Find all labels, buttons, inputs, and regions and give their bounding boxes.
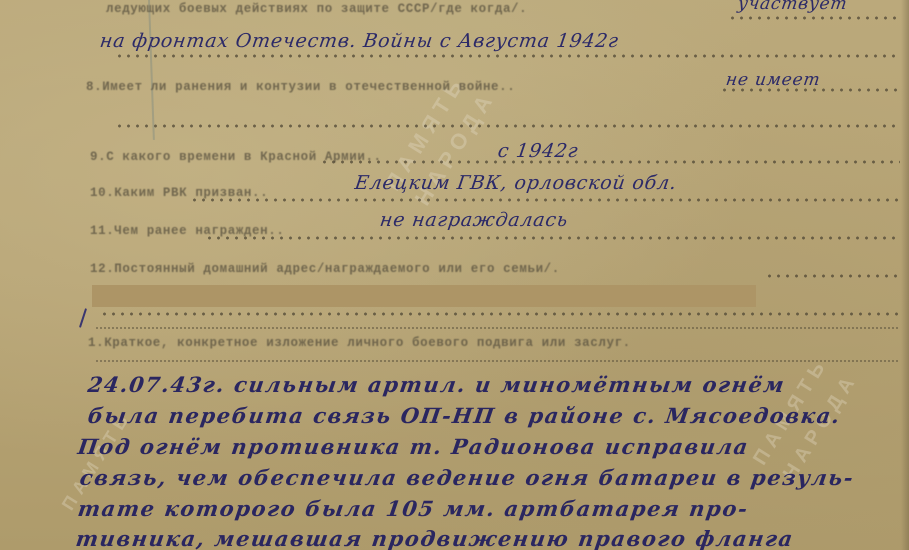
document-page: ПАМЯТЬ НАРОДА ПАМЯТЬ ПАМЯТЬ НАРОДА ледую… — [0, 0, 909, 550]
leader-dots — [115, 124, 900, 128]
leader-dots — [728, 16, 900, 20]
field-answer-battles: участвует — [737, 0, 849, 14]
field-answer-drafted-by: Елецким ГВК, орловской обл. — [353, 172, 678, 194]
ink-stroke — [79, 308, 87, 328]
paper-edge — [901, 0, 909, 550]
leader-dots — [190, 198, 900, 202]
field-label-home-address: 12.Постоянный домашний адрес/награждаемо… — [90, 262, 560, 276]
narrative-line-3: Под огнём противника т. Радионова исправ… — [76, 434, 751, 459]
field-answer-wounds: не имеет — [725, 70, 822, 90]
field-answer-battles-line2: на фронтах Отечеств. Войны с Августа 194… — [98, 30, 620, 52]
field-answer-army-since: с 1942г — [496, 140, 579, 162]
separator-rule — [95, 360, 900, 362]
narrative-line-2: была перебита связь ОП-НП в районе с. Мя… — [86, 403, 842, 428]
fold-crease — [148, 0, 155, 140]
leader-dots — [720, 88, 900, 92]
field-label-feat-description: 1.Краткое, конкретное изложение личного … — [88, 336, 631, 350]
field-label-battles: ледующих боевых действиях по защите СССР… — [106, 2, 527, 16]
narrative-line-1: 24.07.43г. сильным артил. и миномётным о… — [86, 372, 787, 397]
field-label-wounds: 8.Имеет ли ранения и контузии в отечеств… — [86, 80, 515, 94]
leader-dots — [765, 274, 900, 278]
leader-dots — [115, 54, 900, 58]
separator-rule — [95, 327, 900, 329]
leader-dots — [320, 160, 900, 164]
leader-dots — [205, 236, 900, 240]
narrative-line-5: тате которого была 105 мм. артбатарея пр… — [76, 496, 750, 521]
leader-dots — [100, 312, 900, 316]
narrative-line-4: связь, чем обеспечила ведение огня батар… — [78, 465, 856, 490]
redacted-address-bar — [92, 285, 756, 307]
narrative-line-6: тивника, мешавшая продвижению правого фл… — [74, 526, 795, 550]
field-answer-prior-awards: не награждалась — [378, 209, 569, 231]
